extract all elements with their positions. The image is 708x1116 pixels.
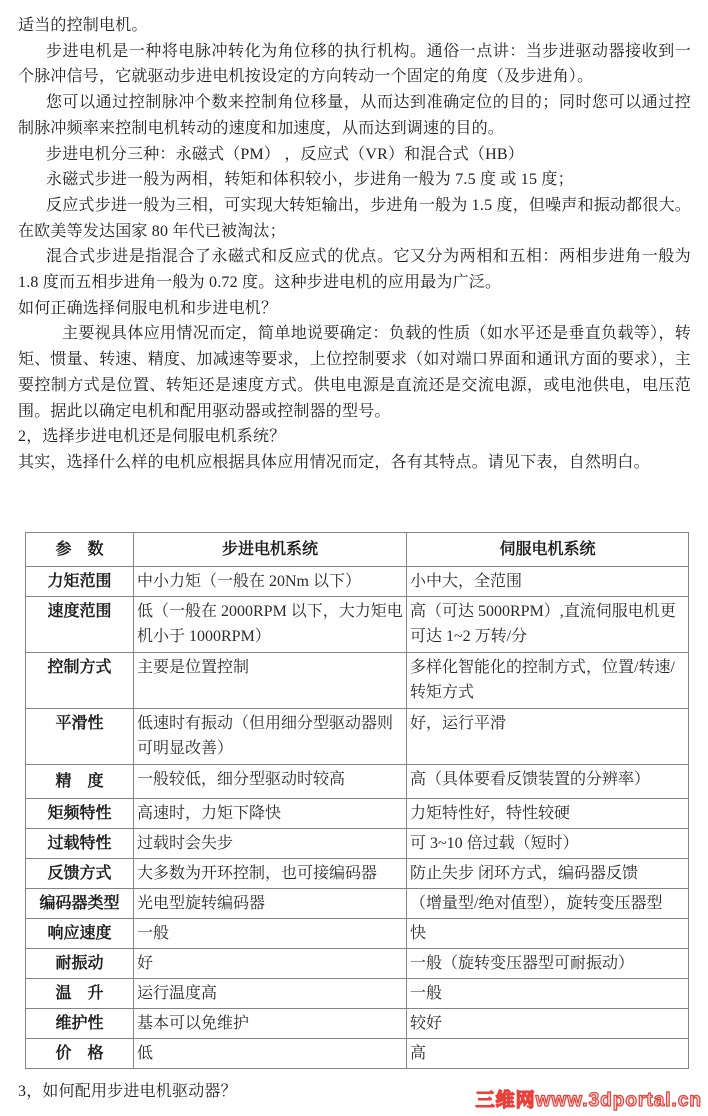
stepper-system-cell: 低（一般在 2000RPM 以下，大力矩电机小于 1000RPM） bbox=[134, 596, 407, 652]
document-page: 适当的控制电机。 步进电机是一种将电脉冲转化为角位移的执行机构。通俗一点讲：当步… bbox=[0, 0, 708, 1116]
row-label-cell: 速度范围 bbox=[26, 596, 134, 652]
row-label-cell: 耐振动 bbox=[26, 948, 134, 978]
stepper-system-cell: 过载时会失步 bbox=[134, 828, 407, 858]
table-row: 平滑性 低速时有振动（但用细分型驱动器则可明显改善） 好，运行平滑 bbox=[26, 708, 689, 764]
paragraph: 您可以通过控制脉冲个数来控制角位移量，从而达到准确定位的目的；同时您可以通过控制… bbox=[18, 90, 691, 141]
stepper-system-cell: 光电型旋转编码器 bbox=[134, 888, 407, 918]
table-row: 价 格 低 高 bbox=[26, 1038, 689, 1068]
table-row: 力矩范围 中小力矩（一般在 20Nm 以下） 小中大，全范围 bbox=[26, 566, 689, 596]
stepper-system-cell: 运行温度高 bbox=[134, 978, 407, 1008]
table-row: 温 升 运行温度高 一般 bbox=[26, 978, 689, 1008]
row-label-cell: 精 度 bbox=[26, 764, 134, 798]
row-label-cell: 控制方式 bbox=[26, 652, 134, 708]
row-label-cell: 矩频特性 bbox=[26, 798, 134, 828]
table-row: 矩频特性 高速时，力矩下降快 力矩特性好，特性较硬 bbox=[26, 798, 689, 828]
stepper-system-cell: 一般较低，细分型驱动时较高 bbox=[134, 764, 407, 798]
row-label-cell: 力矩范围 bbox=[26, 566, 134, 596]
table-row: 控制方式 主要是位置控制 多样化智能化的控制方式，位置/转速/转矩方式 bbox=[26, 652, 689, 708]
table-row: 耐振动 好 一般（旋转变压器型可耐振动） bbox=[26, 948, 689, 978]
servo-system-cell: 高 bbox=[407, 1038, 689, 1068]
stepper-system-cell: 高速时，力矩下降快 bbox=[134, 798, 407, 828]
table-row: 维护性 基本可以免维护 较好 bbox=[26, 1008, 689, 1038]
row-label-cell: 价 格 bbox=[26, 1038, 134, 1068]
servo-system-cell: 一般 bbox=[407, 978, 689, 1008]
row-label-cell: 平滑性 bbox=[26, 708, 134, 764]
header-cell-parameter: 参 数 bbox=[26, 532, 134, 566]
table-row: 反馈方式 大多数为开环控制，也可接编码器 防止失步 闭环方式，编码器反馈 bbox=[26, 858, 689, 888]
stepper-system-cell: 中小力矩（一般在 20Nm 以下） bbox=[134, 566, 407, 596]
row-label-cell: 过载特性 bbox=[26, 828, 134, 858]
section-question: 2，选择步进电机还是伺服电机系统？ bbox=[18, 424, 691, 450]
watermark-text: 三维网www.3dportal.cn bbox=[476, 1085, 702, 1112]
stepper-system-cell: 低速时有振动（但用细分型驱动器则可明显改善） bbox=[134, 708, 407, 764]
servo-system-cell: 较好 bbox=[407, 1008, 689, 1038]
row-label-cell: 编码器类型 bbox=[26, 888, 134, 918]
servo-system-cell: 好，运行平滑 bbox=[407, 708, 689, 764]
table-row: 过载特性 过载时会失步 可 3~10 倍过载（短时） bbox=[26, 828, 689, 858]
servo-system-cell: 高（具体要看反馈装置的分辨率） bbox=[407, 764, 689, 798]
table-row: 编码器类型 光电型旋转编码器 （增量型/绝对值型），旋转变压器型 bbox=[26, 888, 689, 918]
servo-system-cell: 快 bbox=[407, 918, 689, 948]
header-cell-servo-system: 伺服电机系统 bbox=[407, 532, 689, 566]
paragraph: 步进电机是一种将电脉冲转化为角位移的执行机构。通俗一点讲：当步进驱动器接收到一个… bbox=[18, 39, 691, 90]
table-row: 精 度 一般较低，细分型驱动时较高 高（具体要看反馈装置的分辨率） bbox=[26, 764, 689, 798]
stepper-system-cell: 基本可以免维护 bbox=[134, 1008, 407, 1038]
table-header-row: 参 数 步进电机系统 伺服电机系统 bbox=[26, 532, 689, 566]
stepper-system-cell: 低 bbox=[134, 1038, 407, 1068]
servo-system-cell: 高（可达 5000RPM）,直流伺服电机更可达 1~2 万转/分 bbox=[407, 596, 689, 652]
table-row: 响应速度 一般 快 bbox=[26, 918, 689, 948]
row-label-cell: 反馈方式 bbox=[26, 858, 134, 888]
header-cell-stepper-system: 步进电机系统 bbox=[134, 532, 407, 566]
row-label-cell: 温 升 bbox=[26, 978, 134, 1008]
paragraph: 永磁式步进一般为两相，转矩和体积较小，步进角一般为 7.5 度 或 15 度； bbox=[18, 167, 691, 193]
stepper-system-cell: 好 bbox=[134, 948, 407, 978]
paragraph: 步进电机分三种：永磁式（PM） ，反应式（VR）和混合式（HB） bbox=[18, 142, 691, 168]
paragraph: 主要视具体应用情况而定，简单地说要确定：负载的性质（如水平还是垂直负载等），转矩… bbox=[18, 321, 691, 424]
servo-system-cell: 防止失步 闭环方式，编码器反馈 bbox=[407, 858, 689, 888]
paragraph: 混合式步进是指混合了永磁式和反应式的优点。它又分为两相和五相：两相步进角一般为 … bbox=[18, 244, 691, 295]
servo-system-cell: 可 3~10 倍过载（短时） bbox=[407, 828, 689, 858]
paragraph: 反应式步进一般为三相，可实现大转矩输出，步进角一般为 1.5 度，但噪声和振动都… bbox=[18, 193, 691, 244]
table-row: 速度范围 低（一般在 2000RPM 以下，大力矩电机小于 1000RPM） 高… bbox=[26, 596, 689, 652]
paragraph: 其实，选择什么样的电机应根据具体应用情况而定，各有其特点。请见下表，自然明白。 bbox=[18, 450, 691, 476]
servo-system-cell: 小中大，全范围 bbox=[407, 566, 689, 596]
servo-system-cell: （增量型/绝对值型），旋转变压器型 bbox=[407, 888, 689, 918]
servo-system-cell: 力矩特性好，特性较硬 bbox=[407, 798, 689, 828]
stepper-system-cell: 大多数为开环控制，也可接编码器 bbox=[134, 858, 407, 888]
servo-system-cell: 一般（旋转变压器型可耐振动） bbox=[407, 948, 689, 978]
stepper-system-cell: 一般 bbox=[134, 918, 407, 948]
row-label-cell: 响应速度 bbox=[26, 918, 134, 948]
stepper-system-cell: 主要是位置控制 bbox=[134, 652, 407, 708]
comparison-table: 参 数 步进电机系统 伺服电机系统 力矩范围 中小力矩（一般在 20Nm 以下）… bbox=[25, 532, 689, 1069]
section-question: 如何正确选择伺服电机和步进电机？ bbox=[18, 296, 691, 322]
row-label-cell: 维护性 bbox=[26, 1008, 134, 1038]
servo-system-cell: 多样化智能化的控制方式，位置/转速/转矩方式 bbox=[407, 652, 689, 708]
paragraph: 适当的控制电机。 bbox=[18, 13, 691, 39]
